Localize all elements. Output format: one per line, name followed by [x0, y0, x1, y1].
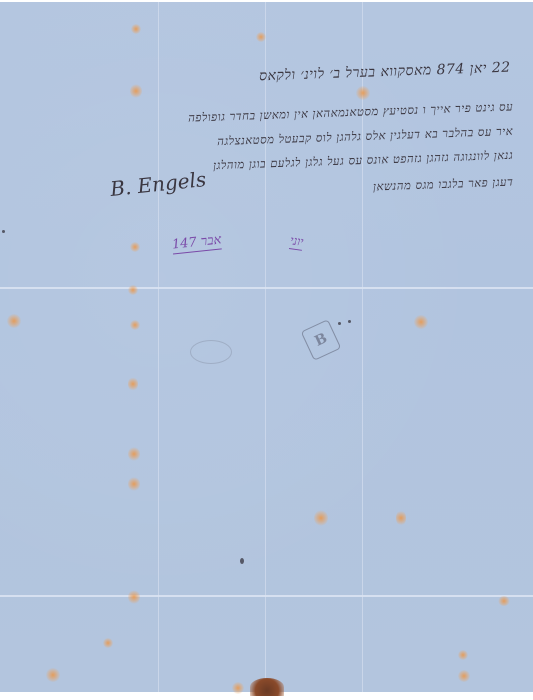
rust-stain	[128, 477, 140, 491]
rust-stain	[458, 650, 468, 660]
rust-stain	[414, 315, 428, 329]
rust-stain	[314, 510, 328, 526]
blind-stamp: B	[301, 319, 342, 361]
rust-stain	[131, 24, 141, 34]
signature: B. Engels	[109, 167, 207, 201]
letter-body-line: עס גינט פיר אייך ו נסטיעץ מסטאנמאהאן אין…	[188, 99, 513, 124]
fold-line-vertical	[158, 2, 159, 692]
rust-stain	[232, 682, 244, 694]
letter-body-line: איר עס בהלבר בא דעלגין אלס גלהגן לוס קבע…	[217, 124, 513, 148]
rust-stain	[130, 84, 142, 98]
archive-mark: יוני	[289, 233, 304, 251]
fold-line-vertical	[265, 2, 266, 692]
rust-stain	[128, 377, 138, 391]
letter-paper: 22 יאן 874 מאסקווא בערל ב׳ לוינ׳ ולקאס ע…	[0, 2, 533, 692]
rust-stain	[356, 86, 370, 100]
rust-stain	[458, 670, 470, 682]
fold-line-horizontal	[0, 287, 533, 289]
rust-stain	[256, 32, 266, 42]
rust-stain	[128, 285, 138, 295]
rust-stain	[103, 638, 113, 648]
archive-annotation: אבר 147	[171, 231, 222, 254]
rust-stain	[130, 242, 140, 252]
ink-speck	[2, 230, 5, 233]
faint-embossed-mark	[190, 340, 232, 364]
letter-header-date-place: 22 יאן 874 מאסקווא בערל ב׳ לוינ׳ ולקאס	[259, 60, 511, 86]
rust-stain	[128, 447, 140, 461]
rust-stain	[128, 590, 140, 604]
rust-stain	[46, 668, 60, 682]
ink-speck	[338, 322, 341, 325]
rust-stain	[7, 314, 21, 328]
fold-line-horizontal	[0, 595, 533, 597]
rust-stain	[498, 596, 510, 606]
ink-speck	[348, 320, 351, 323]
rust-stain	[396, 510, 406, 526]
letter-body-line: דעגן פאר בלגבו מגס מהנשאן	[372, 175, 513, 194]
ink-speck	[240, 558, 244, 564]
rust-stain	[130, 320, 140, 330]
paper-damage	[250, 678, 284, 696]
